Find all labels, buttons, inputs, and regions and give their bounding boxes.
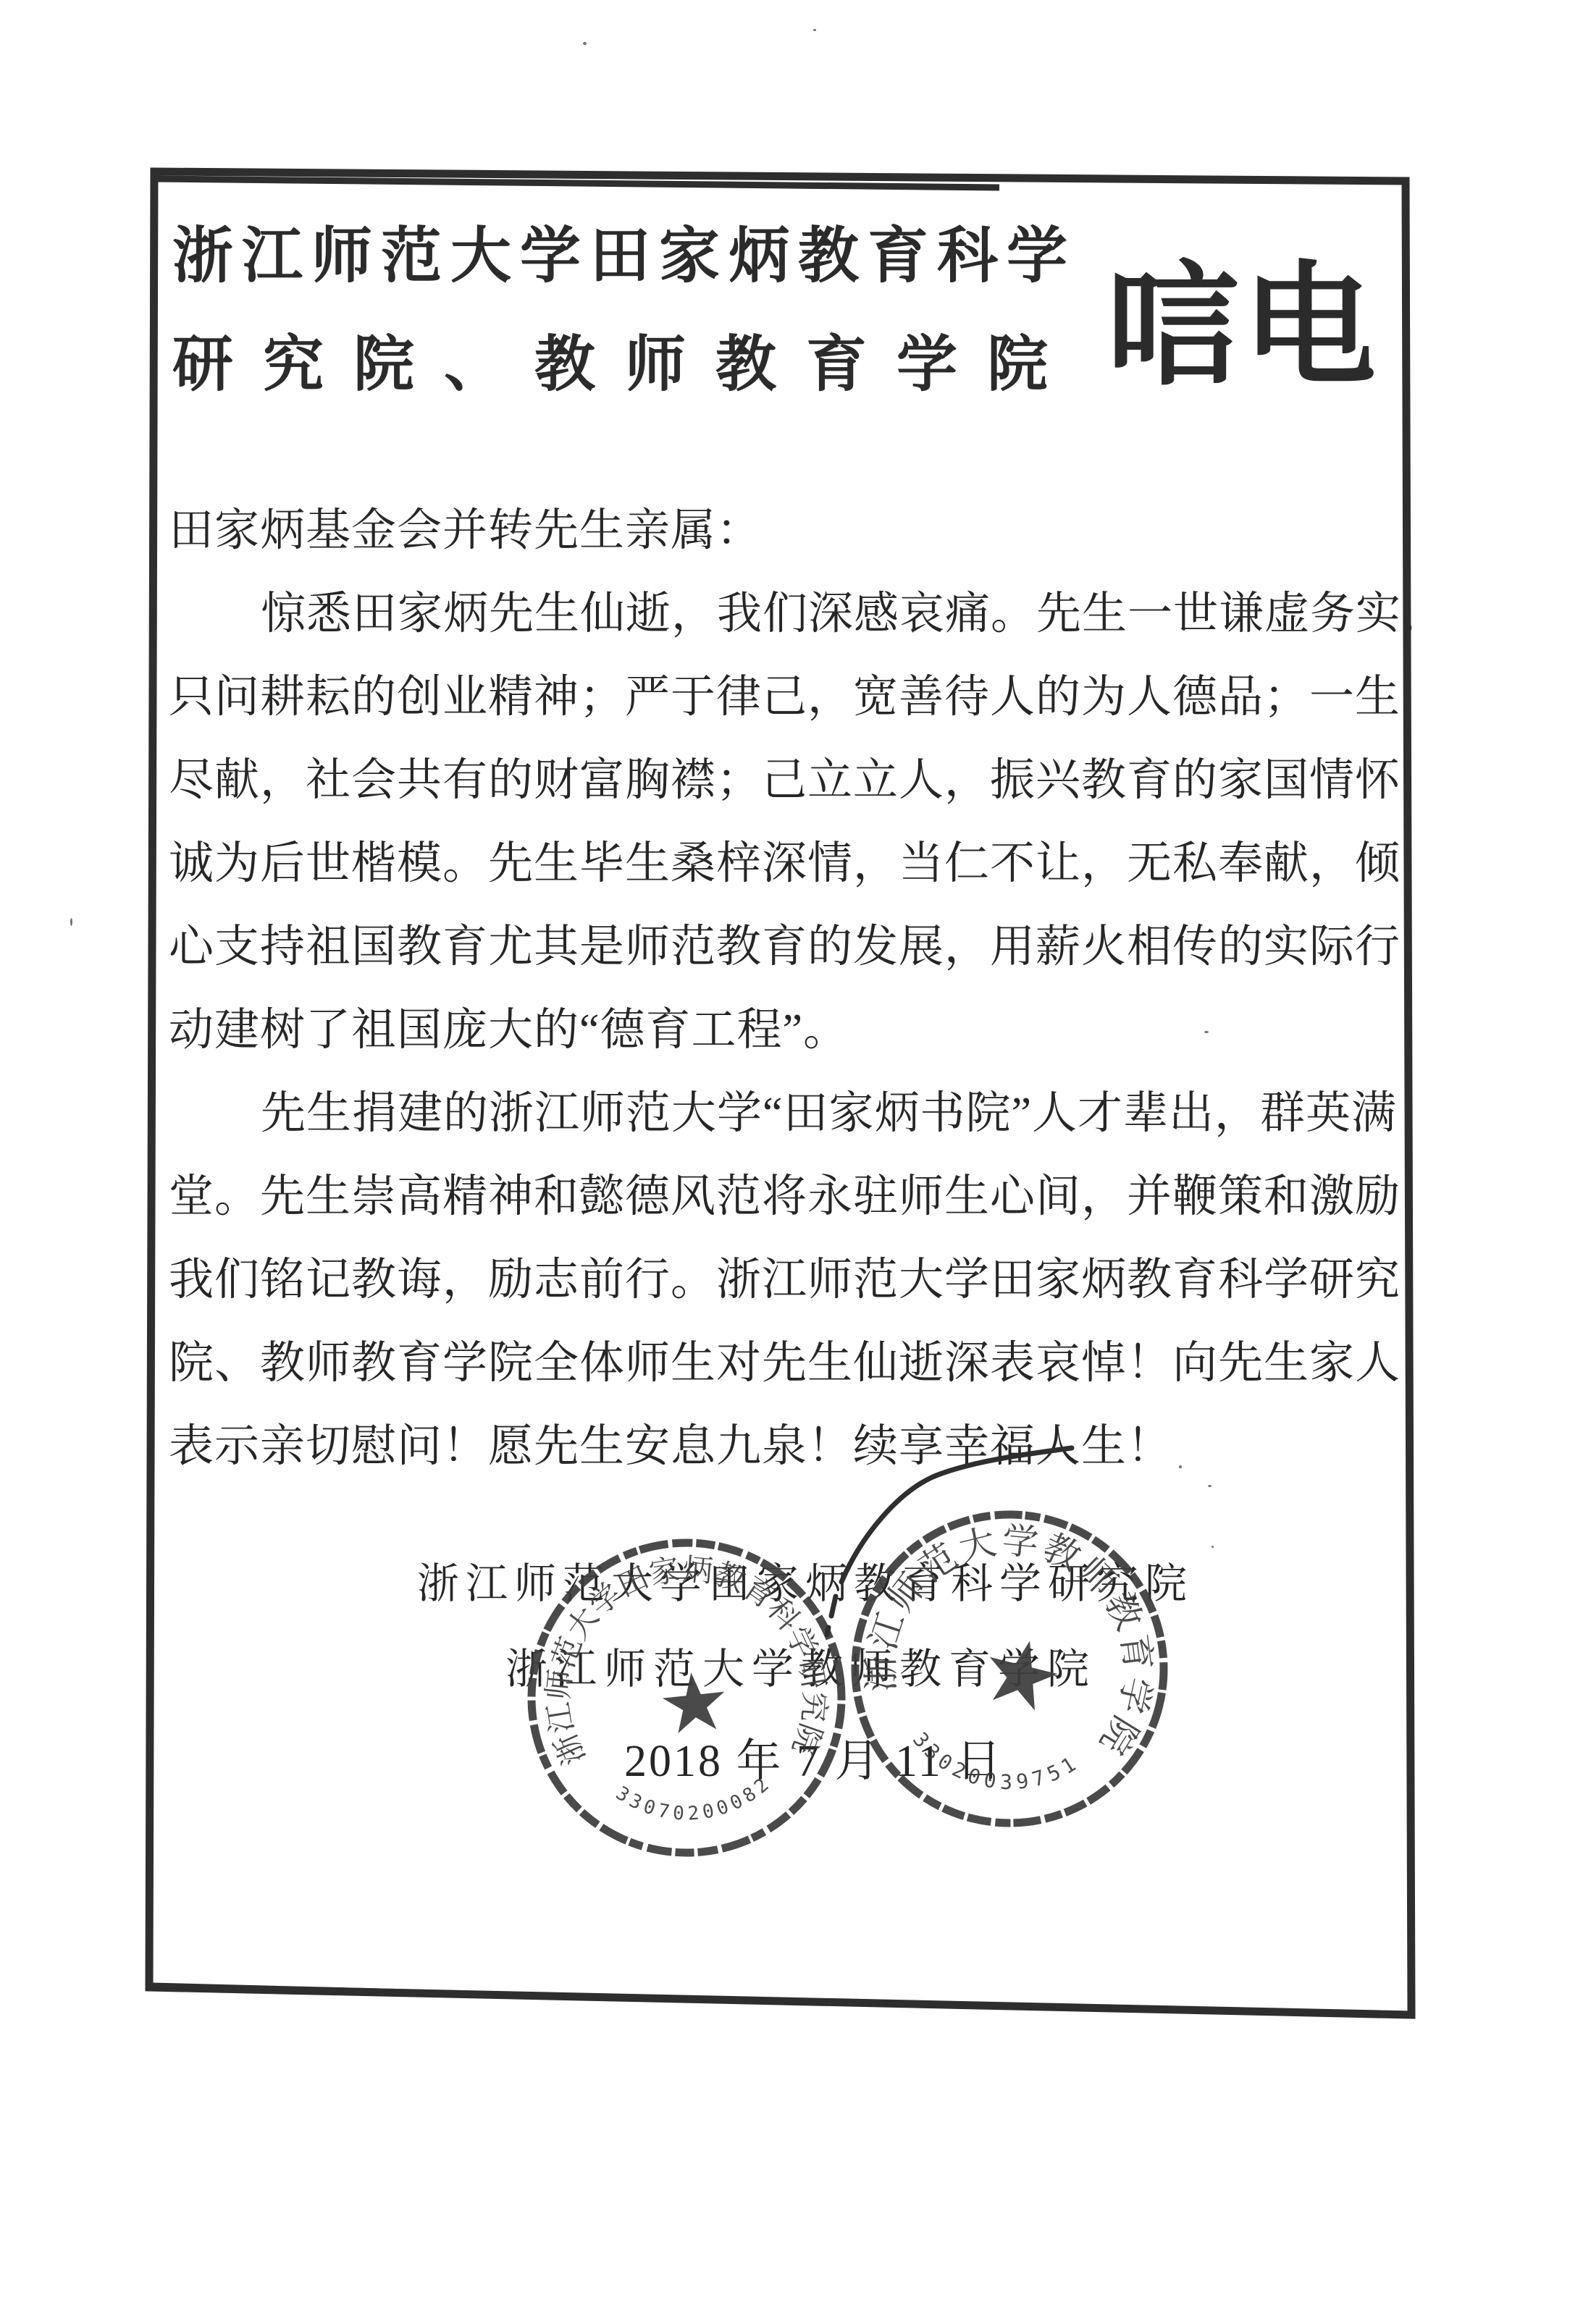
letterhead-org-line2: 研究院、教师教育学院 xyxy=(172,316,1078,403)
scan-speck xyxy=(1159,1646,1162,1649)
salutation-line: 田家炳基金会并转先生亲属： xyxy=(169,500,762,583)
body-line: 我们铭记教诲，励志前行。浙江师范大学田家炳教育科学研究 xyxy=(169,1249,1401,1332)
document-type-title: 唁电 xyxy=(1107,219,1379,411)
scanned-letter-page: 浙江师范大学田家炳教育科学 研究院、教师教育学院 唁电 田家炳基金会并转先生亲属… xyxy=(0,0,1583,2324)
body-line: 惊悉田家炳先生仙逝，我们深感哀痛。先生一世谦虚务实， xyxy=(169,583,1447,666)
body-line: 尽献，社会共有的财富胸襟；己立立人，振兴教育的家国情怀， xyxy=(169,749,1446,833)
body-line: 先生捐建的浙江师范大学“田家炳书院”人才辈出，群英满 xyxy=(169,1082,1397,1166)
scan-speck xyxy=(1208,1485,1212,1487)
body-line: 表示亲切慰问！愿先生安息九泉！续享幸福人生！ xyxy=(169,1415,1172,1499)
signature-org-line1: 浙江师范大学田家炳教育科学研究院 xyxy=(417,1549,1193,1610)
body-line: 心支持祖国教育尤其是师范教育的发展，用薪火相传的实际行 xyxy=(169,916,1401,999)
signature-date: 2018 年 7 月 11 日 xyxy=(624,1725,1003,1789)
body-line: 动建树了祖国庞大的“德育工程”。 xyxy=(169,999,849,1082)
scan-speck xyxy=(813,29,816,31)
scan-speck xyxy=(583,42,587,45)
scan-speck xyxy=(1204,1031,1209,1033)
body-line: 院、教师教育学院全体师生对先生仙逝深表哀悼！向先生家人 xyxy=(169,1332,1401,1415)
scan-speck xyxy=(1212,1546,1214,1548)
scan-speck xyxy=(70,918,72,926)
body-line: 只问耕耘的创业精神；严于律己，宽善待人的为人德品；一生 xyxy=(169,666,1401,749)
signature-org-line2: 浙江师范大学教师教育学院 xyxy=(505,1635,1096,1696)
scan-speck xyxy=(1179,1465,1182,1468)
letterhead-org-line1: 浙江师范大学田家炳教育科学 xyxy=(172,207,1076,295)
body-line: 堂。先生崇高精神和懿德风范将永驻师生心间，并鞭策和激励 xyxy=(169,1166,1401,1249)
body-line: 诚为后世楷模。先生毕生桑梓深情，当仁不让，无私奉献，倾 xyxy=(169,833,1401,916)
